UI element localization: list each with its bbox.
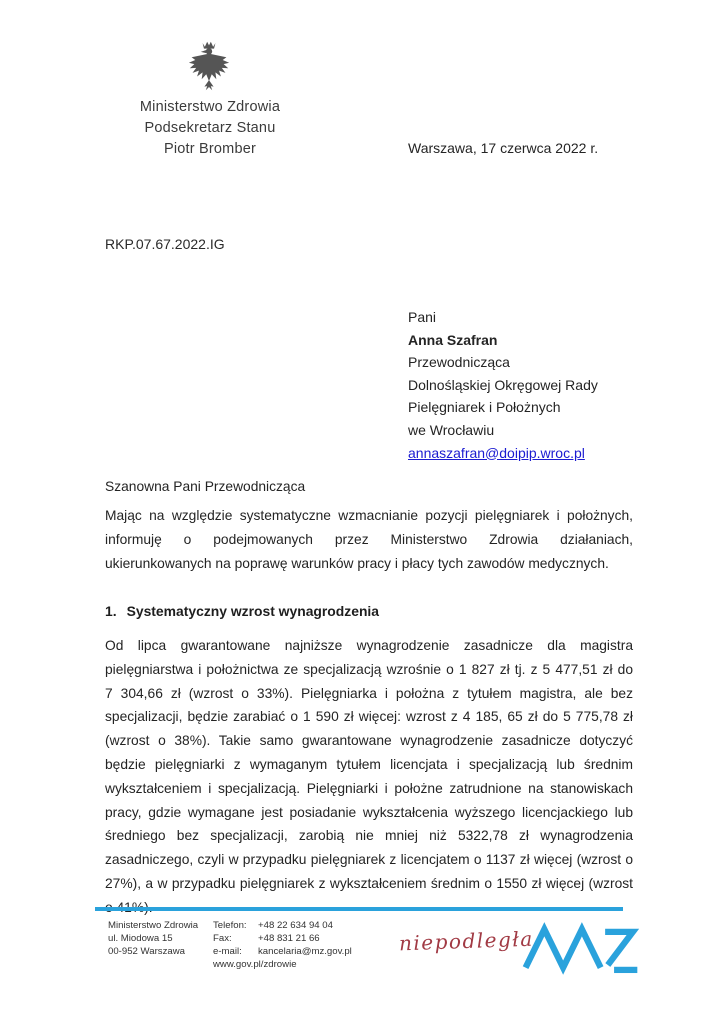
footer-contact-label: Fax:: [213, 932, 258, 945]
footer-contact-row: Telefon: +48 22 634 94 04: [213, 919, 393, 932]
footer-contact-row: Fax: +48 831 21 66: [213, 932, 393, 945]
dateline: Warszawa, 17 czerwca 2022 r.: [408, 140, 598, 156]
recipient-org-line2: Pielęgniarek i Położnych: [408, 396, 598, 419]
paragraph-intro: Mając na względzie systematyczne wzmacni…: [105, 504, 633, 575]
recipient-name: Anna Szafran: [408, 329, 598, 352]
footer-contact-row: e-mail: kancelaria@mz.gov.pl: [213, 945, 393, 958]
recipient-salutation-prefix: Pani: [408, 306, 598, 329]
sender-ministry: Ministerstwo Zdrowia: [105, 97, 315, 118]
paragraph-wages: Od lipca gwarantowane najniższe wynagrod…: [105, 634, 633, 920]
section-heading: 1.Systematyczny wzrost wynagrodzenia: [105, 603, 379, 619]
footer: Ministerstwo Zdrowia ul. Miodowa 15 00-9…: [108, 919, 393, 971]
footer-address-line: Ministerstwo Zdrowia: [108, 919, 213, 932]
section-number: 1.: [105, 603, 117, 619]
reference-number: RKP.07.67.2022.IG: [105, 236, 225, 252]
letter-page: Ministerstwo Zdrowia Podsekretarz Stanu …: [0, 0, 724, 1024]
recipient-org-line1: Dolnośląskiej Okręgowej Rady: [408, 374, 598, 397]
recipient-role: Przewodnicząca: [408, 351, 598, 374]
mz-ministry-logo-icon: [522, 921, 640, 975]
sender-block: Ministerstwo Zdrowia Podsekretarz Stanu …: [105, 97, 315, 160]
footer-contact-label: Telefon:: [213, 919, 258, 932]
footer-contact-label: e-mail:: [213, 945, 258, 958]
footer-rule: [95, 907, 623, 911]
salutation: Szanowna Pani Przewodnicząca: [105, 479, 305, 494]
footer-contact-value: +48 22 634 94 04: [258, 919, 333, 932]
footer-address-line: 00-952 Warszawa: [108, 945, 213, 958]
footer-contact: Telefon: +48 22 634 94 04 Fax: +48 831 2…: [213, 919, 393, 971]
footer-contact-value: +48 831 21 66: [258, 932, 320, 945]
recipient-block: Pani Anna Szafran Przewodnicząca Dolnośl…: [408, 306, 598, 464]
footer-website: www.gov.pl/zdrowie: [213, 958, 393, 971]
recipient-city: we Wrocławiu: [408, 419, 598, 442]
polish-eagle-emblem: [186, 39, 232, 93]
footer-address: Ministerstwo Zdrowia ul. Miodowa 15 00-9…: [108, 919, 213, 971]
sender-name: Piotr Bromber: [105, 139, 315, 160]
sender-title: Podsekretarz Stanu: [105, 118, 315, 139]
section-title: Systematyczny wzrost wynagrodzenia: [127, 603, 379, 619]
footer-address-line: ul. Miodowa 15: [108, 932, 213, 945]
niepodlegla-logo: niepodległa: [399, 927, 534, 956]
recipient-email-link[interactable]: annaszafran@doipip.wroc.pl: [408, 445, 585, 461]
footer-contact-value: kancelaria@mz.gov.pl: [258, 945, 352, 958]
